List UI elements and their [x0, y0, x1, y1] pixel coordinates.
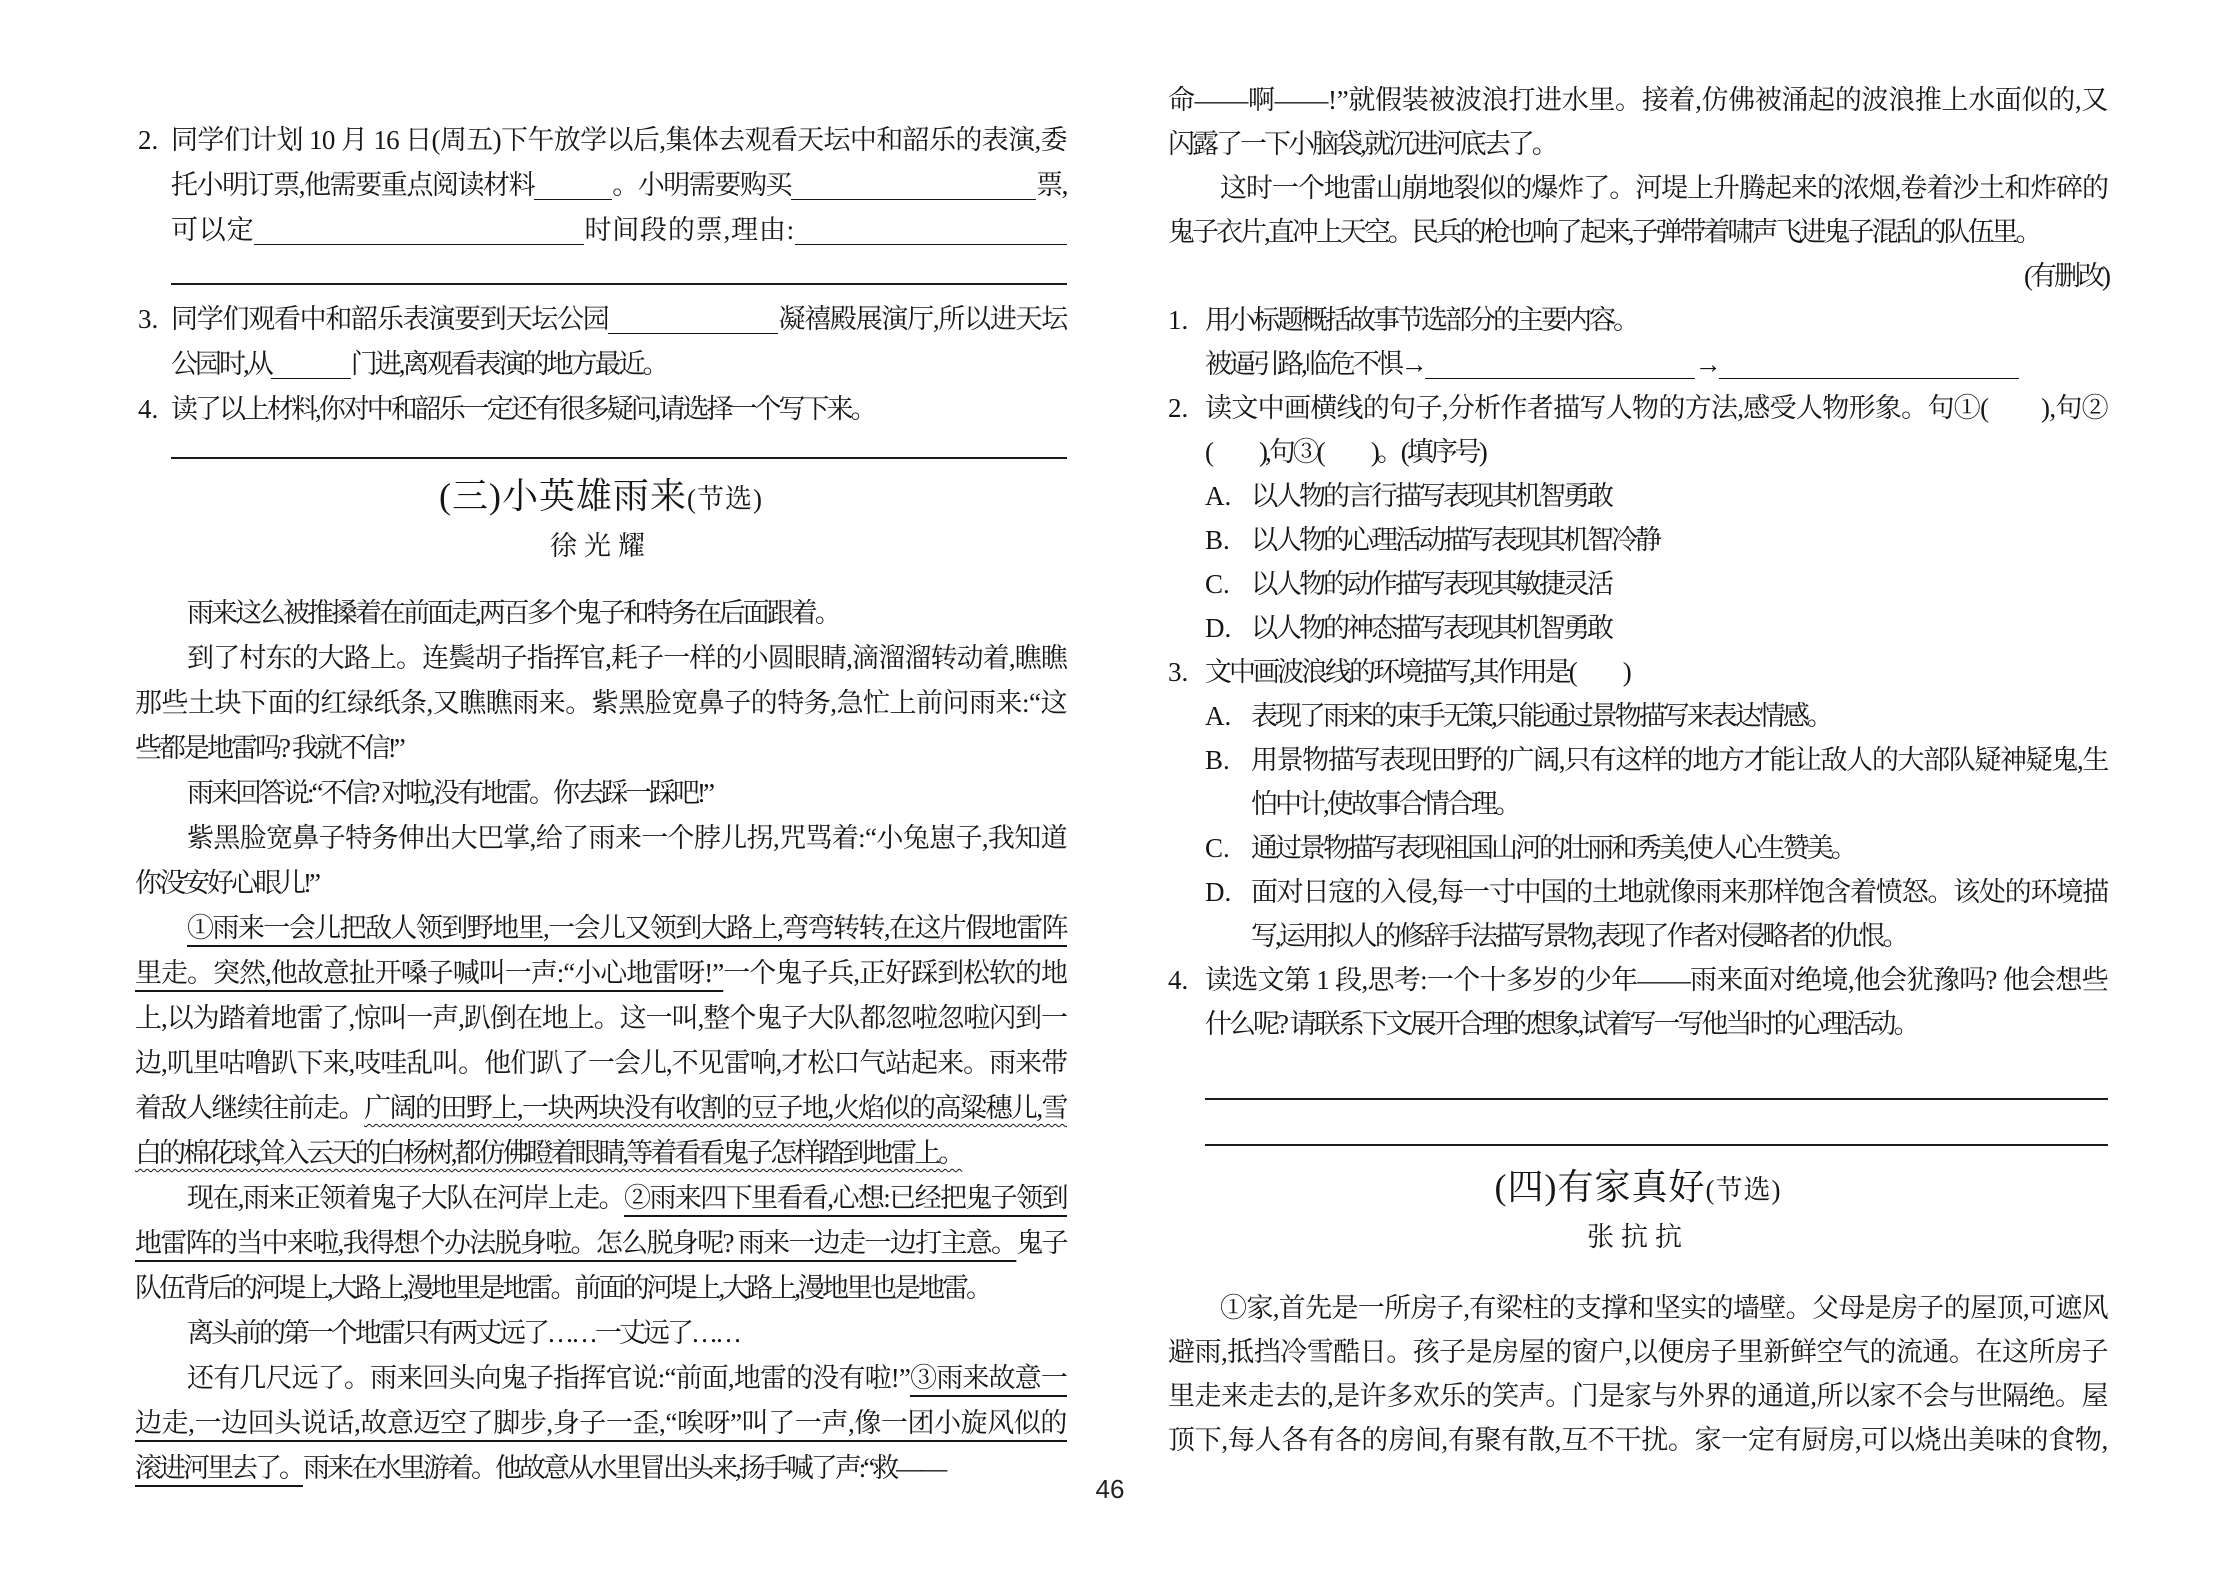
passage-line: 你没安好心眼儿!” — [135, 861, 1067, 906]
text-segment: 还有几尺远了。雨来回头向鬼子指挥官说:“前面,地雷的没有啦!” — [187, 1363, 910, 1393]
option-letter: C. — [1205, 826, 1230, 870]
text-segment: 队伍背后的河堤上,大路上,漫地里是地雷。前面的河堤上,大路上,漫地里也是地雷。 — [135, 1273, 990, 1303]
answer-blank — [608, 303, 778, 334]
passage-title-note: (节选) — [1706, 1175, 1782, 1205]
passage-title-text: (四)有家真好 — [1495, 1167, 1706, 1207]
text-segment: 票, — [1036, 170, 1067, 200]
answer-rule — [1205, 1098, 2108, 1100]
underlined-sentence: ②雨来四下里看看,心想:已经把鬼子领到 — [624, 1183, 1067, 1213]
passage-line: 上,以为踏着地雷了,惊叫一声,趴倒在地上。这一叫,整个鬼子大队都忽啦忽啦闪到一 — [135, 996, 1067, 1041]
text-segment: 些都是地雷吗? 我就不信!” — [135, 733, 403, 763]
passage-line: ①家,首先是一所房子,有梁柱的支撑和坚实的墙壁。父母是房子的屋顶,可遮风 — [1168, 1286, 2108, 1330]
text-segment: 被逼引路,临危不惧→ — [1205, 349, 1425, 379]
question-number: 2. — [1168, 386, 1188, 430]
text-segment: 这时一个地雷山崩地裂似的爆炸了。河堤上升腾起来的浓烟,卷着沙土和炸碎的 — [1220, 173, 2108, 203]
answer-rule — [171, 457, 1067, 459]
text-segment: 闪露了一下小脑袋,就沉进河底去了。 — [1168, 129, 1556, 159]
passage-author: 张抗抗 — [1168, 1215, 2108, 1260]
passage-line: 着敌人继续往前走。广阔的田野上,一块两块没有收割的豆子地,火焰似的高粱穗儿,雪 — [135, 1086, 1067, 1131]
text-segment: 表现了雨来的束手无策,只能通过景物描写来表达情感。 — [1251, 701, 1831, 731]
option-line: 怕中计,使故事合情合理。 — [1168, 782, 2108, 826]
passage-line: 鬼子衣片,直冲上天空。民兵的枪也响了起来,子弹带着啸声飞进鬼子混乱的队伍里。 — [1168, 210, 2108, 254]
text-segment: 你没安好心眼儿!” — [135, 868, 318, 898]
passage-title: (四)有家真好(节选) — [1168, 1162, 2108, 1215]
text-segment: 命——啊——!”就假装被波浪打进水里。接着,仿佛被涌起的波浪推上水面似的,又 — [1168, 85, 2108, 115]
question-line: ( ),句③( )。(填序号) — [1168, 430, 2108, 474]
text-segment: 读了以上材料,你对中和韶乐一定还有很多疑问,请选择一个写下来。 — [171, 394, 875, 424]
text-segment: 以人物的神态描写表现其机智勇敢 — [1251, 613, 1611, 643]
question-line: 托小明订票,他需要重点阅读材料。小明需要购买票, — [135, 163, 1067, 208]
passage-line: 雨来回答说:“不信? 对啦,没有地雷。你去踩一踩吧!” — [135, 771, 1067, 816]
option-letter: A. — [1205, 474, 1231, 518]
text-segment: → — [1695, 349, 1719, 379]
text-segment: 托小明订票,他需要重点阅读材料 — [171, 170, 534, 200]
text-segment: 。小明需要购买 — [612, 170, 791, 200]
passage-line: 雨来这么被推搡着在前面走,两百多个鬼子和特务在后面跟着。 — [135, 591, 1067, 636]
passage-line: 紫黑脸宽鼻子特务伸出大巴掌,给了雨来一个脖儿拐,咒骂着:“小兔崽子,我知道 — [135, 816, 1067, 861]
text-segment: 读文中画横线的句子,分析作者描写人物的方法,感受人物形象。句①( ),句② — [1205, 393, 2108, 423]
underlined-sentence: ③雨来故意一 — [910, 1363, 1067, 1393]
spacer — [135, 569, 1067, 591]
underlined-sentence: 地雷阵的当中来啦,我得想个办法脱身啦。怎么脱身呢? 雨来一边走一边打主意。 — [135, 1228, 1016, 1258]
text-segment: 现在,雨来正领着鬼子大队在河岸上走。 — [187, 1183, 624, 1213]
option-letter: B. — [1205, 518, 1230, 562]
text-segment: 面对日寇的入侵,每一寸中国的土地就像雨来那样饱含着愤怒。该处的环境描 — [1251, 877, 2108, 907]
question-line: 3.文中画波浪线的环境描写,其作用是( ) — [1168, 650, 2108, 694]
passage-line: 队伍背后的河堤上,大路上,漫地里是地雷。前面的河堤上,大路上,漫地里也是地雷。 — [135, 1266, 1067, 1311]
option-letter: D. — [1205, 606, 1231, 650]
question-number: 2. — [138, 118, 158, 163]
answer-blank — [254, 214, 584, 245]
right-column: 命——啊——!”就假装被波浪打进水里。接着,仿佛被涌起的波浪推上水面似的,又闪露… — [1168, 78, 2108, 1462]
passage-line: (有删改) — [1168, 254, 2108, 298]
text-segment: 以人物的心理活动描写表现其机智冷静 — [1251, 525, 1659, 555]
text-segment: 公园时,从 — [171, 349, 271, 379]
option-line: D.面对日寇的入侵,每一寸中国的土地就像雨来那样饱含着愤怒。该处的环境描 — [1168, 870, 2108, 914]
question-line: 什么呢? 请联系下文展开合理的想象,试着写一写他当时的心理活动。 — [1168, 1002, 2108, 1046]
question-number: 4. — [138, 387, 158, 432]
text-segment: 文中画波浪线的环境描写,其作用是( ) — [1205, 657, 1629, 687]
question-line: 2.读文中画横线的句子,分析作者描写人物的方法,感受人物形象。句①( ),句② — [1168, 386, 2108, 430]
text-segment: 里走来走去的,是许多欢乐的笑声。门是家与外界的通道,所以家不会与世隔绝。屋 — [1168, 1381, 2108, 1411]
underlined-sentence: 里走。突然,他故意扯开嗓子喊叫一声:“小心地雷呀!” — [135, 958, 723, 988]
question-line: 1.用小标题概括故事节选部分的主要内容。 — [1168, 298, 2108, 342]
text-segment: 写,运用拟人的修辞手法描写景物,表现了作者对侵略者的仇恨。 — [1251, 921, 1907, 951]
text-segment: 一个鬼子兵,正好踩到松软的地 — [723, 958, 1067, 988]
underlined-sentence: 边走,一边回头说话,故意迈空了脚步,身子一歪,“唉呀”叫了一声,像一团小旋风似的 — [135, 1408, 1067, 1438]
passage-line: 到了村东的大路上。连鬓胡子指挥官,耗子一样的小圆眼睛,滴溜溜转动着,瞧瞧 — [135, 636, 1067, 681]
question-line: 4.读选文第 1 段,思考:一个十多岁的少年——雨来面对绝境,他会犹豫吗? 他会… — [1168, 958, 2108, 1002]
workbook-page: 2.同学们计划 10 月 16 日(周五)下午放学以后,集体去观看天坛中和韶乐的… — [0, 0, 2220, 1571]
left-column: 2.同学们计划 10 月 16 日(周五)下午放学以后,集体去观看天坛中和韶乐的… — [135, 118, 1067, 1491]
text-segment: 用景物描写表现田野的广阔,只有这样的地方才能让敌人的大部队疑神疑鬼,生 — [1251, 745, 2108, 775]
passage-line: 里走。突然,他故意扯开嗓子喊叫一声:“小心地雷呀!”一个鬼子兵,正好踩到松软的地 — [135, 951, 1067, 996]
wavy-underlined-sentence: 广阔的田野上,一块两块没有收割的豆子地,火焰似的高粱穗儿,雪 — [364, 1093, 1067, 1123]
text-segment: ①家,首先是一所房子,有梁柱的支撑和坚实的墙壁。父母是房子的屋顶,可遮风 — [1220, 1293, 2108, 1323]
option-line: A.表现了雨来的束手无策,只能通过景物描写来表达情感。 — [1168, 694, 2108, 738]
text-segment: 顶下,每人各有各的房间,有聚有散,互不干扰。家一定有厨房,可以烧出美味的食物, — [1168, 1425, 2108, 1455]
passage-title-text: (三)小英雄雨来 — [439, 476, 687, 516]
option-line: 写,运用拟人的修辞手法描写景物,表现了作者对侵略者的仇恨。 — [1168, 914, 2108, 958]
answer-blank — [1719, 348, 2019, 379]
text-segment: 门进,离观看表演的地方最近。 — [351, 349, 667, 379]
answer-blank — [1425, 348, 1695, 379]
text-segment: 边,叽里咕噜趴下来,吱哇乱叫。他们趴了一会儿,不见雷响,才松口气站起来。雨来带 — [135, 1048, 1067, 1078]
answer-blank — [795, 214, 1067, 245]
passage-line: 些都是地雷吗? 我就不信!” — [135, 726, 1067, 771]
passage-line: 这时一个地雷山崩地裂似的爆炸了。河堤上升腾起来的浓烟,卷着沙土和炸碎的 — [1168, 166, 2108, 210]
text-segment: 以人物的言行描写表现其机智勇敢 — [1251, 481, 1611, 511]
passage-line: 避雨,抵挡冷雪酷日。孩子是房屋的窗户,以便房子里新鲜空气的流通。在这所房子 — [1168, 1330, 2108, 1374]
option-letter: B. — [1205, 738, 1230, 782]
text-segment: 凝禧殿展演厅,所以进天坛 — [778, 304, 1067, 334]
text-segment: 离头前的第一个地雷只有两丈远了……一丈远了…… — [187, 1318, 739, 1348]
text-segment: 可以定 — [171, 215, 254, 245]
passage-line: 还有几尺远了。雨来回头向鬼子指挥官说:“前面,地雷的没有啦!”③雨来故意一 — [135, 1356, 1067, 1401]
text-segment: 时间段的票,理由: — [584, 215, 795, 245]
question-line: 可以定时间段的票,理由: — [135, 208, 1067, 253]
answer-blank — [791, 169, 1036, 200]
text-segment: 以人物的动作描写表现其敏捷灵活 — [1251, 569, 1611, 599]
passage-line: 白的棉花球,耸入云天的白杨树,都仿佛瞪着眼睛,等着看看鬼子怎样踏到地雷上。 — [135, 1131, 1067, 1176]
question-number: 1. — [1168, 298, 1188, 342]
wavy-underlined-sentence: 白的棉花球,耸入云天的白杨树,都仿佛瞪着眼睛,等着看看鬼子怎样踏到地雷上。 — [135, 1138, 962, 1168]
option-line: C.通过景物描写表现祖国山河的壮丽和秀美,使人心生赞美。 — [1168, 826, 2108, 870]
question-number: 3. — [1168, 650, 1188, 694]
question-number: 4. — [1168, 958, 1188, 1002]
question-line: 2.同学们计划 10 月 16 日(周五)下午放学以后,集体去观看天坛中和韶乐的… — [135, 118, 1067, 163]
option-line: C.以人物的动作描写表现其敏捷灵活 — [1168, 562, 2108, 606]
passage-title: (三)小英雄雨来(节选) — [135, 471, 1067, 524]
passage-line: 那些土块下面的红绿纸条,又瞧瞧雨来。紫黑脸宽鼻子的特务,急忙上前问雨来:“这 — [135, 681, 1067, 726]
question-number: 3. — [138, 297, 158, 342]
text-segment: 着敌人继续往前走。 — [135, 1093, 364, 1123]
question-line: 公园时,从门进,离观看表演的地方最近。 — [135, 342, 1067, 387]
text-segment: 紫黑脸宽鼻子特务伸出大巴掌,给了雨来一个脖儿拐,咒骂着:“小兔崽子,我知道 — [187, 823, 1067, 853]
text-segment: 同学们观看中和韶乐表演要到天坛公园 — [171, 304, 608, 334]
text-segment: 鬼子 — [1016, 1228, 1067, 1258]
text-segment: 上,以为踏着地雷了,惊叫一声,趴倒在地上。这一叫,整个鬼子大队都忽啦忽啦闪到一 — [135, 1003, 1067, 1033]
spacer — [1168, 1260, 2108, 1286]
option-line: D.以人物的神态描写表现其机智勇敢 — [1168, 606, 2108, 650]
passage-line: 地雷阵的当中来啦,我得想个办法脱身啦。怎么脱身呢? 雨来一边走一边打主意。鬼子 — [135, 1221, 1067, 1266]
passage-line: 边走,一边回头说话,故意迈空了脚步,身子一歪,“唉呀”叫了一声,像一团小旋风似的 — [135, 1401, 1067, 1446]
text-segment: 用小标题概括故事节选部分的主要内容。 — [1205, 305, 1637, 335]
underlined-sentence: ①雨来一会儿把敌人领到野地里,一会儿又领到大路上,弯弯转转,在这片假地雷阵 — [187, 913, 1067, 943]
text-segment: 雨来回答说:“不信? 对啦,没有地雷。你去踩一踩吧!” — [187, 778, 712, 808]
text-segment: 怕中计,使故事合情合理。 — [1251, 789, 1519, 819]
text-segment: (有删改) — [2024, 261, 2108, 291]
text-segment: ( ),句③( )。(填序号) — [1205, 437, 1485, 467]
text-segment: 鬼子衣片,直冲上天空。民兵的枪也响了起来,子弹带着啸声飞进鬼子混乱的队伍里。 — [1168, 217, 2040, 247]
option-line: A.以人物的言行描写表现其机智勇敢 — [1168, 474, 2108, 518]
text-segment: 读选文第 1 段,思考:一个十多岁的少年——雨来面对绝境,他会犹豫吗? 他会想些 — [1205, 965, 2108, 995]
passage-line: ①雨来一会儿把敌人领到野地里,一会儿又领到大路上,弯弯转转,在这片假地雷阵 — [135, 906, 1067, 951]
text-segment: 同学们计划 10 月 16 日(周五)下午放学以后,集体去观看天坛中和韶乐的表演… — [171, 125, 1067, 155]
answer-blank — [534, 169, 612, 200]
passage-author: 徐光耀 — [135, 524, 1067, 569]
passage-line: 顶下,每人各有各的房间,有聚有散,互不干扰。家一定有厨房,可以烧出美味的食物, — [1168, 1418, 2108, 1462]
page-number: 46 — [0, 1474, 2220, 1505]
option-letter: C. — [1205, 562, 1230, 606]
option-line: B.用景物描写表现田野的广阔,只有这样的地方才能让敌人的大部队疑神疑鬼,生 — [1168, 738, 2108, 782]
passage-title-note: (节选) — [687, 484, 763, 514]
text-segment: 通过景物描写表现祖国山河的壮丽和秀美,使人心生赞美。 — [1251, 833, 1855, 863]
question-line: 4.读了以上材料,你对中和韶乐一定还有很多疑问,请选择一个写下来。 — [135, 387, 1067, 432]
passage-line: 离头前的第一个地雷只有两丈远了……一丈远了…… — [135, 1311, 1067, 1356]
question-line: 3.同学们观看中和韶乐表演要到天坛公园凝禧殿展演厅,所以进天坛 — [135, 297, 1067, 342]
passage-line: 闪露了一下小脑袋,就沉进河底去了。 — [1168, 122, 2108, 166]
question-line: 被逼引路,临危不惧→→ — [1168, 342, 2108, 386]
option-line: B.以人物的心理活动描写表现其机智冷静 — [1168, 518, 2108, 562]
passage-line: 边,叽里咕噜趴下来,吱哇乱叫。他们趴了一会儿,不见雷响,才松口气站起来。雨来带 — [135, 1041, 1067, 1086]
answer-rule — [1205, 1144, 2108, 1146]
passage-line: 里走来走去的,是许多欢乐的笑声。门是家与外界的通道,所以家不会与世隔绝。屋 — [1168, 1374, 2108, 1418]
option-letter: A. — [1205, 694, 1231, 738]
answer-blank — [271, 348, 351, 379]
passage-line: 现在,雨来正领着鬼子大队在河岸上走。②雨来四下里看看,心想:已经把鬼子领到 — [135, 1176, 1067, 1221]
option-letter: D. — [1205, 870, 1231, 914]
text-segment: 到了村东的大路上。连鬓胡子指挥官,耗子一样的小圆眼睛,滴溜溜转动着,瞧瞧 — [187, 643, 1067, 673]
text-segment: 雨来这么被推搡着在前面走,两百多个鬼子和特务在后面跟着。 — [187, 598, 839, 628]
passage-line: 命——啊——!”就假装被波浪打进水里。接着,仿佛被涌起的波浪推上水面似的,又 — [1168, 78, 2108, 122]
text-segment: 什么呢? 请联系下文展开合理的想象,试着写一写他当时的心理活动。 — [1205, 1009, 1917, 1039]
text-segment: 那些土块下面的红绿纸条,又瞧瞧雨来。紫黑脸宽鼻子的特务,急忙上前问雨来:“这 — [135, 688, 1067, 718]
text-segment: 避雨,抵挡冷雪酷日。孩子是房屋的窗户,以便房子里新鲜空气的流通。在这所房子 — [1168, 1337, 2108, 1367]
answer-rule — [171, 283, 1067, 285]
